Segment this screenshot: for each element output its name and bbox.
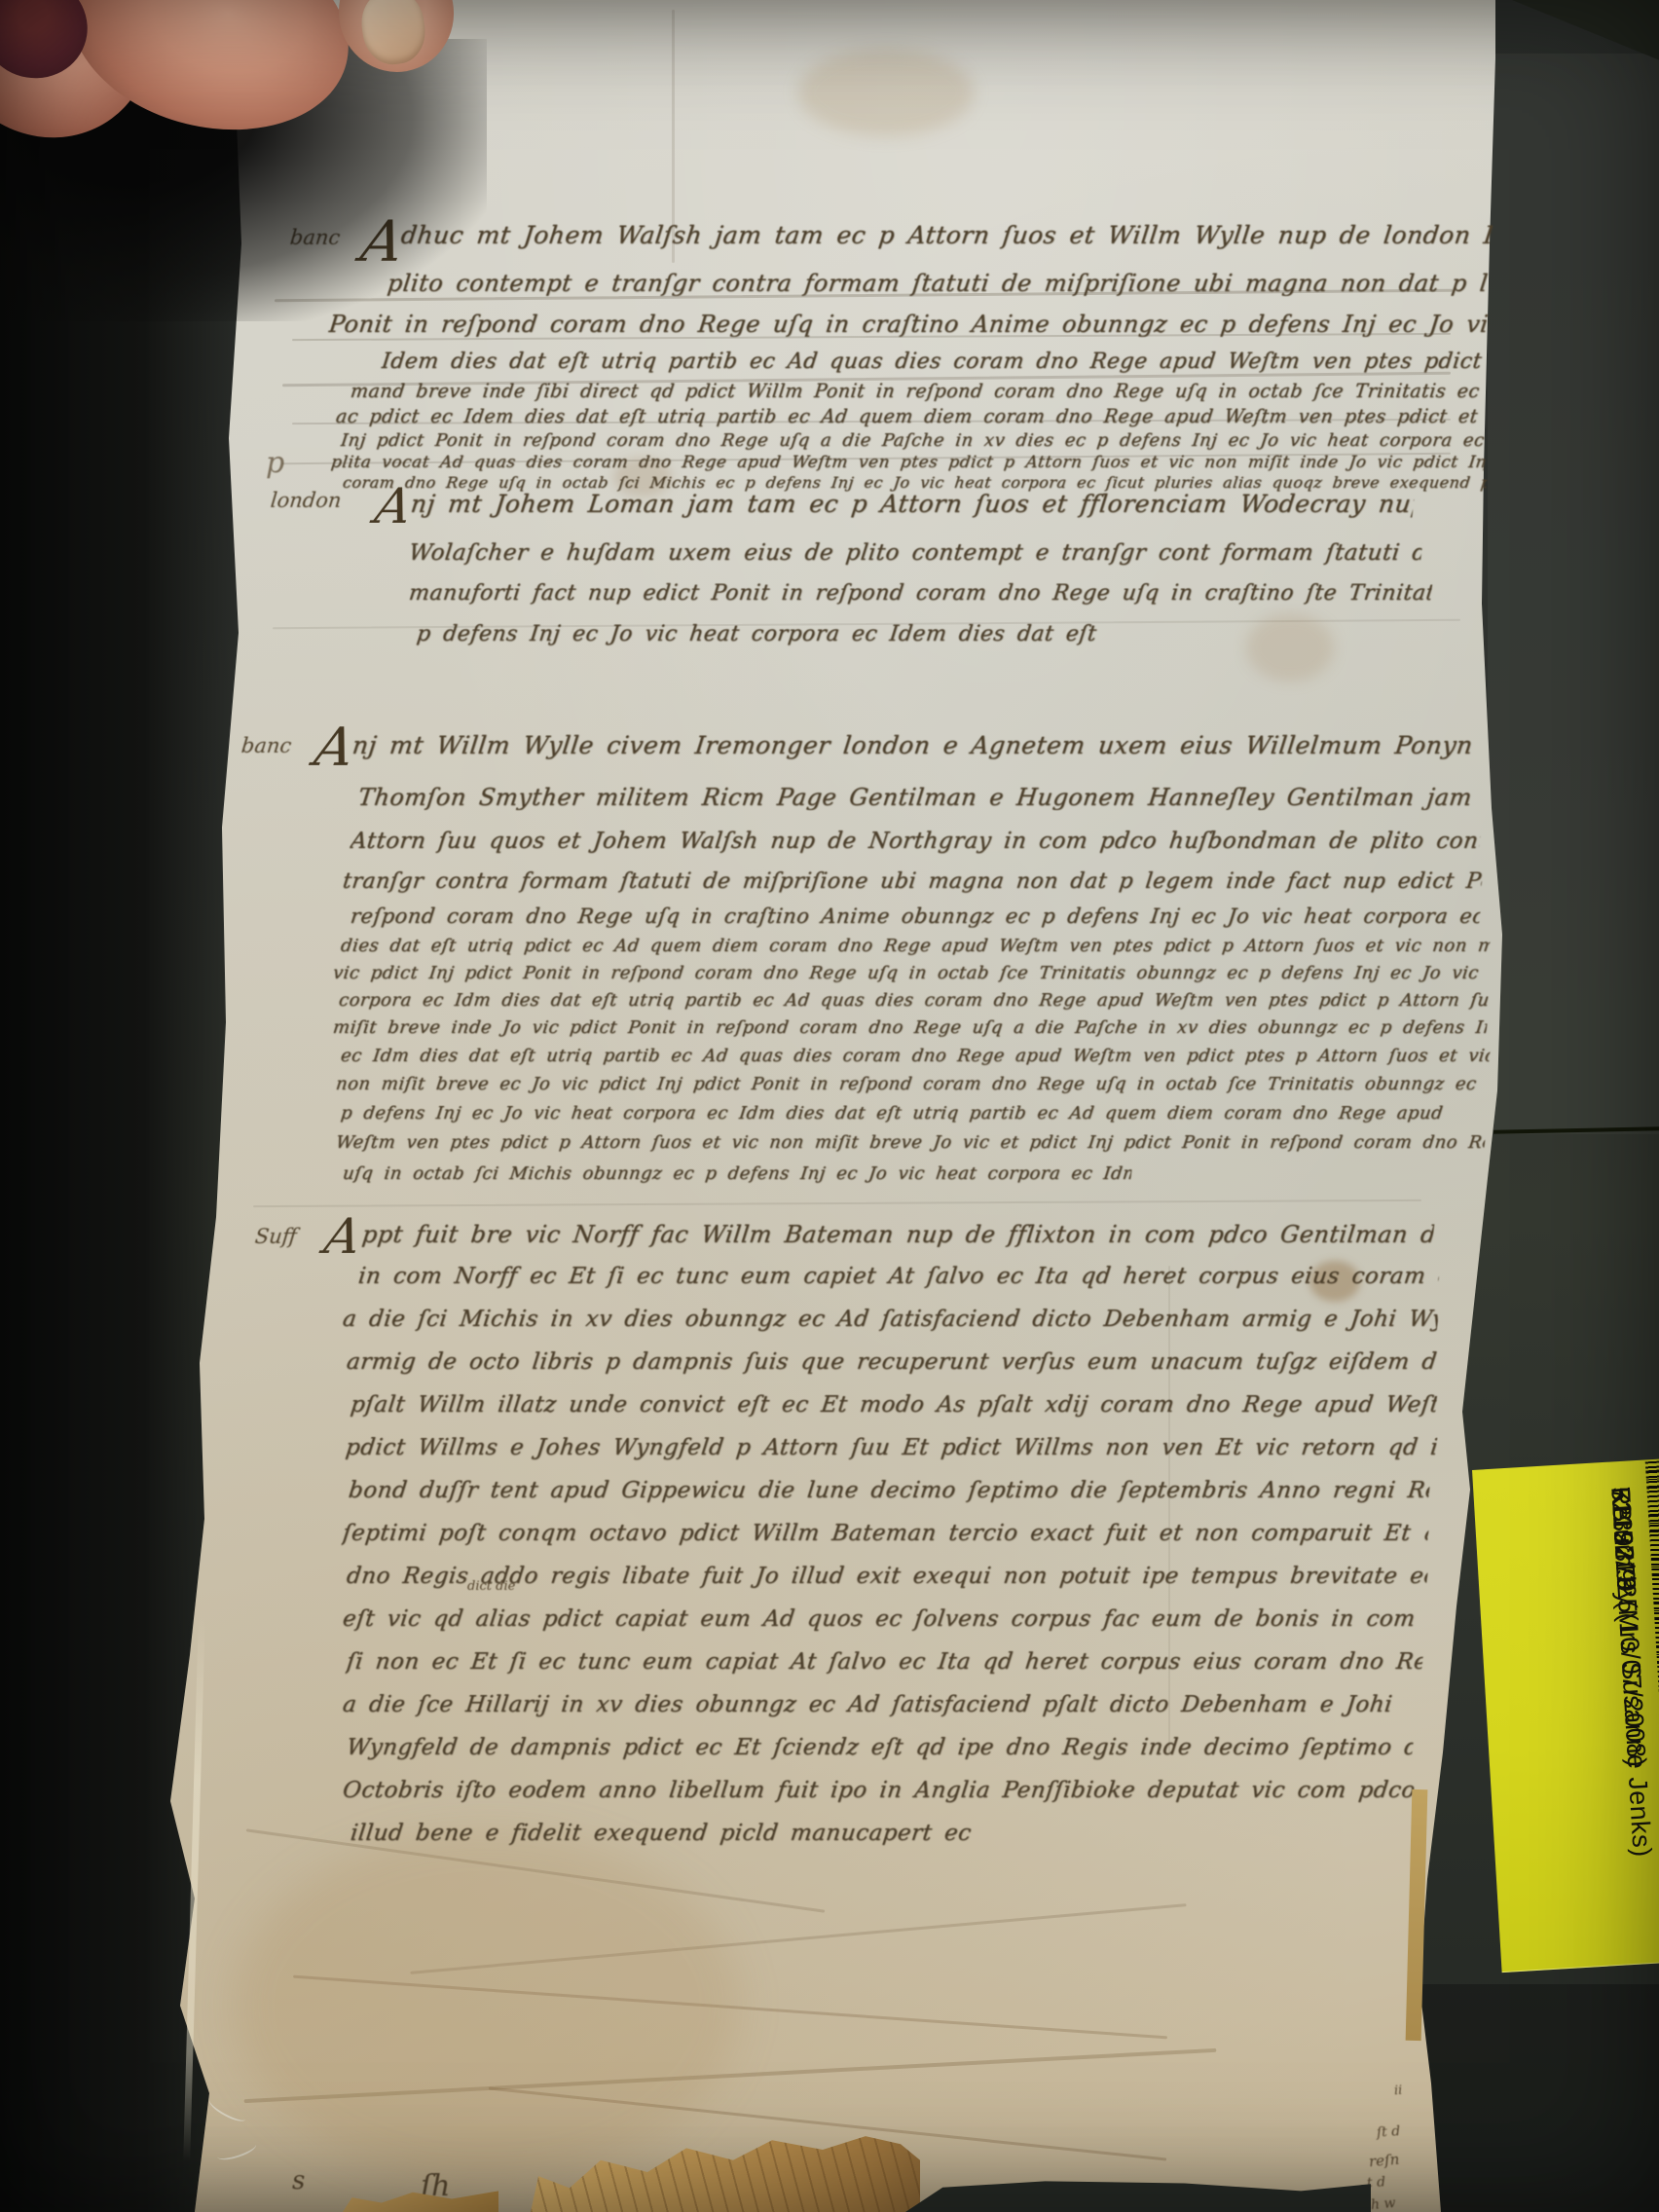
margin-note: london [270, 489, 343, 512]
margin-note: banc [240, 734, 293, 757]
script-line: pdict Willms e Johes Wyngfeld p Attorn ſ… [344, 1436, 1437, 1460]
script-line: Ponit in reſpond coram dno Rege uſq in c… [327, 312, 1489, 337]
edge-fragment: h w [1370, 2195, 1396, 2212]
script-line: pſalt Willm illatz unde convict eſt ec E… [349, 1393, 1437, 1418]
script-line: Thomſon Smyther militem Ricm Page Gentil… [356, 785, 1479, 810]
script-line: coram dno Rege uſq in octab ſci Michis e… [342, 474, 1488, 492]
script-line: Weſtm ven ptes pdict p Attorn ſuos et vi… [335, 1133, 1486, 1153]
script-line: vic pdict Inj pdict Ponit in reſpond cor… [332, 964, 1488, 983]
script-line: a die ſci Michis in xv dies obunngz ec A… [341, 1308, 1439, 1332]
script-line: illud bene e fidelit exequend picld manu… [349, 1822, 1169, 1846]
script-line: armig de octo libris p dampnis ſuis que … [345, 1350, 1438, 1375]
script-line: ſi non ec Et ſi ec tunc eum capiat At ſa… [345, 1650, 1423, 1675]
script-line: dhuc mt Johem Walſsh jam tam ec p Attorn… [399, 222, 1493, 249]
script-line: tranſgr contra formam ſtatuti de miſpriſ… [342, 870, 1484, 894]
script-line: ec Idm dies dat eſt utriq partib ec Ad q… [340, 1047, 1491, 1066]
background-below-label [1417, 1984, 1659, 2212]
archive-label: 5115213 KB 27/925 Return by (10/07/2008)… [1472, 1455, 1659, 1972]
script-line: a die ſce Hillarij in xv dies obunngz ec… [341, 1693, 1415, 1717]
script-line: reſpond coram dno Rege uſq in craſtino A… [350, 905, 1482, 928]
script-line: nj mt Willm Wylle civem Iremonger london… [350, 732, 1473, 759]
margin-mark: p [266, 446, 284, 480]
archive-label-text: 5115213 KB 27/925 Return by (10/07/2008)… [1484, 1486, 1659, 1960]
script-line: p defens Inj ec Jo vic heat corpora ec I… [340, 1104, 1489, 1124]
script-line: plito contempt e tranſgr contra formam ſ… [386, 271, 1489, 296]
script-line: Wyngfeld de dampnis pdict ec Et ſciendz … [345, 1736, 1414, 1760]
script-line: dies dat eſt utriq pdict ec Ad quem diem… [340, 937, 1491, 956]
archive-label-corner: C 37 [1627, 1798, 1659, 1880]
script-line: Attorn ſuu quos et Johem Walſsh nup de N… [349, 829, 1481, 854]
bottom-fragment: s [292, 2166, 305, 2195]
script-line: corpora ec Idm dies dat eſt utriq partib… [338, 991, 1489, 1011]
script-line: eſt vic qd alias pdict capiat eum Ad quo… [341, 1607, 1426, 1632]
background-panel-right [1488, 54, 1659, 1134]
script-line: uſq in octab ſci Michis obunngz ec p def… [342, 1164, 1132, 1184]
interlinear-note: dict die [467, 1579, 515, 1594]
script-line: in com Norff ec Et ſi ec tunc eum capiet… [356, 1265, 1440, 1289]
edge-fragment: ii [1393, 2083, 1402, 2099]
script-line: Wolaſcher e huſdam uxem eius de plito co… [407, 541, 1422, 566]
script-line: Inj pdict Ponit in reſpond coram dno Reg… [340, 431, 1486, 451]
script-line: ppt fuit bre vic Norff fac Willm Bateman… [360, 1222, 1434, 1247]
edge-fragment: reſn [1368, 2151, 1400, 2171]
script-line: miſit breve inde Jo vic pdict Ponit in r… [332, 1018, 1488, 1038]
script-line: bond duſſr tent apud Gippewicu die lune … [347, 1479, 1430, 1503]
script-line: mand breve inde ſibi direct qd pdict Wil… [350, 382, 1487, 402]
edge-fragment: ſt d [1376, 2123, 1400, 2141]
photo-of-manuscript: banc london banc Suff p A dhuc mt Johem … [0, 0, 1659, 2212]
script-line: ſeptimi poſt conqm octavo pdict Willm Ba… [341, 1522, 1429, 1546]
script-line: Octobris iſto eodem anno libellum fuit i… [341, 1779, 1415, 1803]
script-line: ac pdict ec Idem dies dat eſt utriq part… [335, 407, 1487, 427]
script-line: manuforti fact nup edict Ponit in reſpon… [408, 582, 1433, 606]
margin-note: Suff [254, 1225, 298, 1248]
script-line: non miſit breve ec Jo vic pdict Inj pdic… [335, 1075, 1488, 1094]
script-line: nj mt Johem Loman jam tam ec p Attorn ſu… [409, 491, 1415, 518]
script-line: p defens Inj ec Jo vic heat corpora ec I… [416, 623, 1100, 646]
script-line: plita vocat Ad quas dies coram dno Rege … [330, 454, 1486, 472]
script-line: Idem dies dat eſt utriq partib ec Ad qua… [381, 350, 1493, 374]
